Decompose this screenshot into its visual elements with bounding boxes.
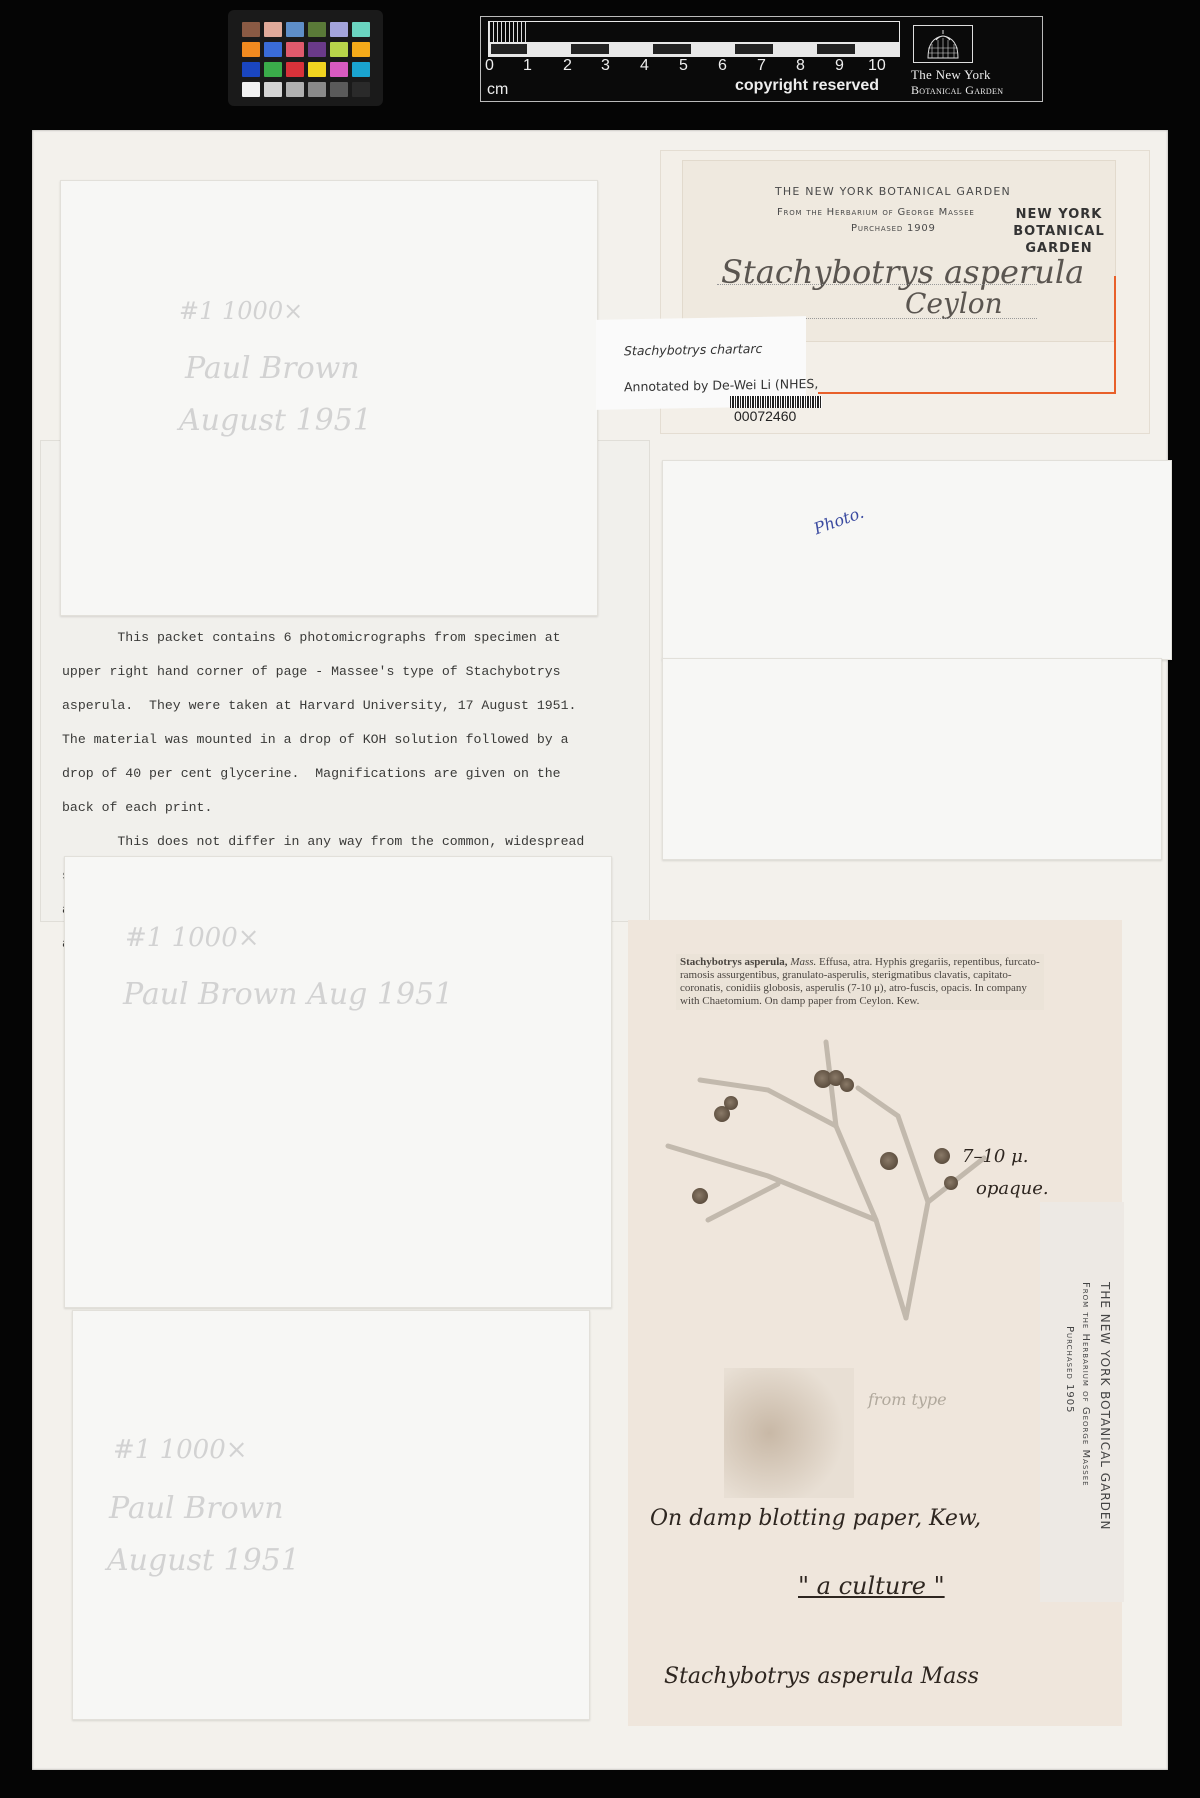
ruler-tick-0: 0 xyxy=(485,57,494,75)
color-swatch xyxy=(330,62,348,77)
color-swatch xyxy=(242,42,260,57)
label-provenance: From the Herbarium of George Massee xyxy=(777,207,975,218)
typed-note-line: The material was mounted in a drop of KO… xyxy=(62,731,642,748)
barcode-icon xyxy=(730,396,822,408)
color-swatch xyxy=(264,42,282,57)
spore-icon xyxy=(944,1176,958,1190)
drawing-from-type-note: from type xyxy=(868,1390,947,1409)
color-swatch xyxy=(242,62,260,77)
drawing-species-name: Stachybotrys asperula Mass xyxy=(664,1664,979,1689)
ruler-tick-7: 7 xyxy=(757,57,766,75)
printed-description: Stachybotrys asperula, Mass. Effusa, atr… xyxy=(676,954,1044,1010)
color-swatch xyxy=(330,22,348,37)
color-swatch xyxy=(308,82,326,97)
ruler-tick-10: 10 xyxy=(868,57,886,75)
drawing-habitat-note: On damp blotting paper, Kew, xyxy=(650,1506,981,1531)
copyright-text: copyright reserved xyxy=(735,77,879,95)
photo-packet-2[interactable]: #1 1000× Paul Brown Aug 1951 xyxy=(64,856,612,1308)
photo-packet-3[interactable]: #1 1000× Paul Brown August 1951 xyxy=(72,1310,590,1720)
drawing-size-note: 7–10 μ. xyxy=(962,1146,1029,1167)
ruler-tick-8: 8 xyxy=(796,57,805,75)
color-swatch xyxy=(286,22,304,37)
photo-packet-5[interactable] xyxy=(662,658,1162,860)
barcode-number: 00072460 xyxy=(734,408,796,424)
spore-icon xyxy=(840,1078,854,1092)
stamp-line: GARDEN xyxy=(1010,240,1108,257)
ruler-tick-9: 9 xyxy=(835,57,844,75)
ruler-tick-3: 3 xyxy=(601,57,610,75)
color-swatch xyxy=(308,42,326,57)
packet-1-photographer: Paul Brown xyxy=(185,351,360,386)
color-swatch xyxy=(352,62,370,77)
photo-packet-1[interactable]: #1 1000× Paul Brown August 1951 xyxy=(60,180,598,616)
color-swatch xyxy=(286,62,304,77)
photo-packet-4[interactable]: Photo. xyxy=(662,460,1172,660)
color-checker-card xyxy=(228,10,383,106)
spore-icon xyxy=(880,1152,898,1170)
packet-2-number: #1 1000× xyxy=(125,923,260,953)
description-author: Mass. xyxy=(790,956,816,968)
ruler-scale-bar xyxy=(488,21,900,57)
color-swatch xyxy=(308,62,326,77)
packet-1-date: August 1951 xyxy=(179,403,372,438)
scale-ruler: 0 1 2 3 4 5 6 7 8 9 10 cm copyright rese… xyxy=(480,16,1043,102)
culture-sample-patch xyxy=(724,1368,854,1498)
drawing-culture-note: " a culture " xyxy=(798,1572,945,1600)
color-swatch xyxy=(264,62,282,77)
color-swatch xyxy=(286,82,304,97)
color-swatch xyxy=(352,42,370,57)
color-swatch xyxy=(264,22,282,37)
color-swatch xyxy=(330,42,348,57)
packet-4-note: Photo. xyxy=(811,503,866,538)
logo-line-1: The New York xyxy=(911,67,991,83)
color-swatch xyxy=(330,82,348,97)
typed-note-line: back of each print. xyxy=(62,799,642,816)
ruler-tick-4: 4 xyxy=(640,57,649,75)
annotation-annotator: Annotated by De-Wei Li (NHES, xyxy=(624,376,818,394)
stamp-line: NEW YORK xyxy=(1010,206,1108,223)
spore-icon xyxy=(724,1096,738,1110)
nybg-logo: The New York Botanical Garden xyxy=(909,21,1039,97)
label-purchased: Purchased 1909 xyxy=(851,223,936,234)
vertical-nybg-label: THE NEW YORK BOTANICAL GARDEN From the H… xyxy=(1040,1202,1124,1602)
stamp-line: BOTANICAL xyxy=(1010,223,1108,240)
orange-bordered-label xyxy=(818,276,1116,394)
label-institution: THE NEW YORK BOTANICAL GARDEN xyxy=(775,185,1011,198)
color-swatch xyxy=(264,82,282,97)
ruler-unit: cm xyxy=(487,81,508,99)
color-swatch xyxy=(308,22,326,37)
packet-3-date: August 1951 xyxy=(107,1543,300,1578)
color-swatch xyxy=(242,82,260,97)
spore-icon xyxy=(692,1188,708,1204)
packet-3-number: #1 1000× xyxy=(113,1435,248,1465)
drawing-opaque-note: opaque. xyxy=(976,1178,1049,1199)
color-swatch xyxy=(352,82,370,97)
packet-2-photographer-date: Paul Brown Aug 1951 xyxy=(123,977,453,1012)
ruler-tick-1: 1 xyxy=(523,57,532,75)
packet-1-number: #1 1000× xyxy=(179,297,303,325)
vertical-label-provenance: From the Herbarium of George Massee xyxy=(1080,1282,1091,1487)
typed-note-line: This packet contains 6 photomicrographs … xyxy=(62,629,642,646)
packet-3-photographer: Paul Brown xyxy=(109,1491,284,1526)
vertical-label-institution: THE NEW YORK BOTANICAL GARDEN xyxy=(1098,1282,1112,1530)
conservatory-dome-icon xyxy=(913,25,973,63)
logo-line-2: Botanical Garden xyxy=(911,83,1003,98)
nybg-stamp: NEW YORK BOTANICAL GARDEN xyxy=(1010,206,1108,257)
typed-note-line: drop of 40 per cent glycerine. Magnifica… xyxy=(62,765,642,782)
ruler-tick-6: 6 xyxy=(718,57,727,75)
typed-note-line: This does not differ in any way from the… xyxy=(62,833,642,850)
spore-icon xyxy=(934,1148,950,1164)
typed-note-line: upper right hand corner of page - Massee… xyxy=(62,663,642,680)
color-swatch xyxy=(242,22,260,37)
color-swatch xyxy=(286,42,304,57)
annotation-taxon: Stachybotrys chartarc xyxy=(624,341,762,358)
ruler-tick-2: 2 xyxy=(563,57,572,75)
ruler-tick-5: 5 xyxy=(679,57,688,75)
color-swatch xyxy=(352,22,370,37)
description-title: Stachybotrys asperula, xyxy=(680,956,788,968)
vertical-label-purchased: Purchased 1905 xyxy=(1064,1326,1075,1414)
typed-note-line: asperula. They were taken at Harvard Uni… xyxy=(62,697,642,714)
